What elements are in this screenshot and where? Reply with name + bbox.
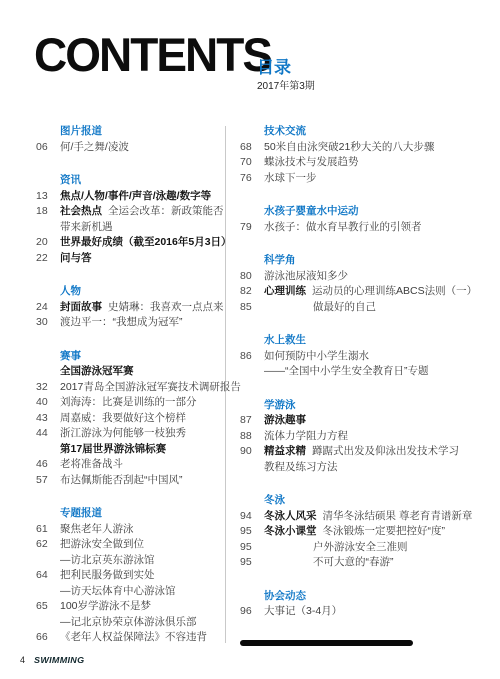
entry-page-number [36,220,60,236]
entry-page-number: 95 [240,555,264,571]
toc-entry: 88流体力学阻力方程 [240,429,464,445]
entry-label: 社会热点 [60,204,102,220]
section-title: 专题报道 [60,506,226,522]
entry-text: 游泳池尿液知多少 [264,269,348,285]
section-title: 资讯 [60,173,226,189]
toc-entry: 87游泳趣事 [240,413,464,429]
entry-page-number: 86 [240,349,264,365]
toc-entry: 86如何预防中小学生溺水 [240,349,464,365]
toc-entry: 96大事记（3-4月） [240,604,464,620]
entry-text: —访天坛体育中心游泳馆 [60,584,176,600]
entry-text: 世界最好成绩（截至2016年5月3日） [60,235,232,251]
section-title: 人物 [60,284,226,300]
entry-page-number: 13 [36,189,60,205]
toc-entry: 70蝶泳技术与发展趋势 [240,155,464,171]
entry-page-number: 94 [240,509,264,525]
entry-text: 何/手之舞/凌波 [60,140,129,156]
page-footer: 4 SWIMMING [20,655,84,665]
entry-text: 把利民服务做到实处 [60,568,155,584]
toc-section: 图片报道06何/手之舞/凌波 [36,124,226,155]
toc-entry: 65100岁学游泳不是梦 [36,599,226,615]
section-title: 学游泳 [264,398,464,414]
toc-entry: 06何/手之舞/凌波 [36,140,226,156]
entry-page-number: 20 [36,235,60,251]
entry-text: 水孩子：做水育早教行业的引领者 [264,220,422,236]
entry-label: 冬泳小课堂 [264,524,317,540]
entry-page-number [36,615,60,631]
entry-page-number: 95 [240,540,264,556]
toc-entry: ——“全国中小学生安全教育日”专题 [240,364,464,380]
entry-text: 布达佩斯能否刮起“中国风” [60,473,183,489]
entry-text: 《老年人权益保障法》不容违背 [60,630,207,646]
entry-text: ——“全国中小学生安全教育日”专题 [264,364,429,380]
toc-entry: 24封面故事史婧琳：我喜欢一点点来 [36,300,226,316]
entry-page-number: 57 [36,473,60,489]
toc-subheader: 全国游泳冠军赛 [36,364,226,380]
toc-entry: 30渡边平一：“我想成为冠军” [36,315,226,331]
subheader-text: 第17届世界游泳锦标赛 [60,442,166,458]
entry-page-number: 65 [36,599,60,615]
entry-text: 流体力学阻力方程 [264,429,348,445]
entry-page-number: 24 [36,300,60,316]
toc-section: 冬泳94冬泳人风采清华冬泳结硕果 尊老育青谱新章95冬泳小课堂冬泳锻炼一定要把控… [240,493,464,571]
subheader-text: 全国游泳冠军赛 [60,364,134,380]
toc-entry: 61聚焦老年人游泳 [36,522,226,538]
entry-text: 老将准备战斗 [60,457,123,473]
indent-spacer [264,300,313,316]
entry-page-number [36,584,60,600]
entry-text: 清华冬泳结硕果 尊老育青谱新章 [323,509,473,525]
entry-page-number: 18 [36,204,60,220]
entry-text: 问与答 [60,251,92,267]
toc-entry: 82心理训练运动员的心理训练ABCS法则（一） [240,284,464,300]
entry-page-number: 80 [240,269,264,285]
decor-bar [240,640,413,646]
toc-entry: 64把利民服务做到实处 [36,568,226,584]
entry-page-number: 79 [240,220,264,236]
entry-text: 如何预防中小学生溺水 [264,349,369,365]
toc-entry: 95冬泳小课堂冬泳锻炼一定要把控好“度” [240,524,464,540]
entry-page-number: 64 [36,568,60,584]
toc-right-column: 技术交流6850米自由泳突破21秒大关的八大步骤70蝶泳技术与发展趋势76水球下… [240,124,464,620]
entry-text: 50米自由泳突破21秒大关的八大步骤 [264,140,434,156]
entry-page-number: 06 [36,140,60,156]
toc-section: 赛事全国游泳冠军赛322017青岛全国游泳冠军赛技术调研报告40刘海涛：比赛是训… [36,349,226,489]
entry-text: 运动员的心理训练ABCS法则（一） [312,284,477,300]
entry-text: 全运会改革：新政策能否 [108,204,224,220]
toc-entry: 79水孩子：做水育早教行业的引领者 [240,220,464,236]
toc-section: 专题报道61聚焦老年人游泳62把游泳安全做到位—访北京英东游泳馆64把利民服务做… [36,506,226,646]
swimming-logo: SWIMMING [34,655,84,664]
contents-title-cn: 目录 [257,58,291,78]
entry-text: 蹲踞式出发及仰泳出发技术学习 [312,444,459,460]
entry-page-number: 32 [36,380,60,396]
toc-section: 水上救生86如何预防中小学生溺水——“全国中小学生安全教育日”专题 [240,333,464,380]
toc-entry: 带来新机遇 [36,220,226,236]
toc-left-column: 图片报道06何/手之舞/凌波资讯13焦点/人物/事件/声音/泳趣/数字等18社会… [36,124,226,646]
entry-page-number: 44 [36,426,60,442]
toc-section: 协会动态96大事记（3-4月） [240,589,464,620]
contents-title: CONTENTS [34,30,271,79]
entry-page-number: 87 [240,413,264,429]
toc-section: 技术交流6850米自由泳突破21秒大关的八大步骤70蝶泳技术与发展趋势76水球下… [240,124,464,186]
toc-entry: 85做最好的自己 [240,300,464,316]
entry-page-number: 88 [240,429,264,445]
entry-page-number: 95 [240,524,264,540]
toc-entry: 57布达佩斯能否刮起“中国风” [36,473,226,489]
toc-entry: 76水球下一步 [240,171,464,187]
entry-label: 冬泳人风采 [264,509,317,525]
entry-text: 焦点/人物/事件/声音/泳趣/数字等 [60,189,211,205]
entry-page-number: 22 [36,251,60,267]
section-title: 图片报道 [60,124,226,140]
entry-page-number: 76 [240,171,264,187]
entry-page-number [240,460,264,476]
entry-text: 带来新机遇 [60,220,113,236]
toc-section: 水孩子婴童水中运动79水孩子：做水育早教行业的引领者 [240,204,464,235]
entry-page-number: 68 [240,140,264,156]
entry-text: —访北京英东游泳馆 [60,553,155,569]
indent-spacer [264,540,313,556]
section-title: 协会动态 [264,589,464,605]
entry-text: 100岁学游泳不是梦 [60,599,151,615]
entry-page-number: 85 [240,300,264,316]
toc-entry: 18社会热点全运会改革：新政策能否 [36,204,226,220]
entry-label: 精益求精 [264,444,306,460]
entry-page-number: 66 [36,630,60,646]
entry-page-number: 46 [36,457,60,473]
entry-label: 封面故事 [60,300,102,316]
entry-text: 渡边平一：“我想成为冠军” [60,315,183,331]
toc-entry: 95户外游泳安全三准则 [240,540,464,556]
entry-text: 冬泳锻炼一定要把控好“度” [323,524,446,540]
entry-page-number: 61 [36,522,60,538]
entry-text: 2017青岛全国游泳冠军赛技术调研报告 [60,380,241,396]
toc-entry: 95不可大意的“春游” [240,555,464,571]
section-title: 赛事 [60,349,226,365]
toc-entry: 46老将准备战斗 [36,457,226,473]
toc-entry: 6850米自由泳突破21秒大关的八大步骤 [240,140,464,156]
magazine-toc-page: CONTENTS 目录 2017年第3期 图片报道06何/手之舞/凌波资讯13焦… [0,0,500,679]
toc-entry: 90精益求精蹲踞式出发及仰泳出发技术学习 [240,444,464,460]
entry-text: —记北京协荣京体游泳俱乐部 [60,615,197,631]
toc-entry: 44浙江游泳为何能够一枝独秀 [36,426,226,442]
entry-text: 浙江游泳为何能够一枝独秀 [60,426,186,442]
toc-entry: 43周嘉威：我要做好这个榜样 [36,411,226,427]
entry-page-number: 40 [36,395,60,411]
entry-text: 聚焦老年人游泳 [60,522,134,538]
entry-text: 户外游泳安全三准则 [313,540,408,556]
toc-entry: 40刘海涛：比赛是训练的一部分 [36,395,226,411]
entry-text: 做最好的自己 [313,300,376,316]
toc-section: 资讯13焦点/人物/事件/声音/泳趣/数字等18社会热点全运会改革：新政策能否带… [36,173,226,266]
toc-entry: 322017青岛全国游泳冠军赛技术调研报告 [36,380,226,396]
toc-section: 学游泳87游泳趣事88流体力学阻力方程90精益求精蹲踞式出发及仰泳出发技术学习教… [240,398,464,476]
toc-entry: 20世界最好成绩（截至2016年5月3日） [36,235,226,251]
section-title: 技术交流 [264,124,464,140]
entry-page-number: 82 [240,284,264,300]
toc-entry: 94冬泳人风采清华冬泳结硕果 尊老育青谱新章 [240,509,464,525]
entry-page-number [36,442,60,458]
toc-entry: 66《老年人权益保障法》不容违背 [36,630,226,646]
entry-text: 史婧琳：我喜欢一点点来 [108,300,224,316]
entry-text: 刘海涛：比赛是训练的一部分 [60,395,197,411]
toc-entry: 22问与答 [36,251,226,267]
entry-page-number: 43 [36,411,60,427]
entry-text: 教程及练习方法 [264,460,338,476]
entry-text: 大事记（3-4月） [264,604,342,620]
entry-page-number: 62 [36,537,60,553]
toc-section: 科学角80游泳池尿液知多少82心理训练运动员的心理训练ABCS法则（一）85做最… [240,253,464,315]
entry-text: 蝶泳技术与发展趋势 [264,155,359,171]
indent-spacer [264,555,313,571]
entry-text: 不可大意的“春游” [313,555,394,571]
entry-label: 心理训练 [264,284,306,300]
entry-page-number [240,364,264,380]
section-title: 科学角 [264,253,464,269]
issue-label: 2017年第3期 [257,80,315,93]
toc-section: 人物24封面故事史婧琳：我喜欢一点点来30渡边平一：“我想成为冠军” [36,284,226,331]
entry-page-number: 30 [36,315,60,331]
toc-entry: 62把游泳安全做到位 [36,537,226,553]
toc-entry: 教程及练习方法 [240,460,464,476]
toc-subheader: 第17届世界游泳锦标赛 [36,442,226,458]
entry-page-number: 90 [240,444,264,460]
entry-text: 水球下一步 [264,171,317,187]
entry-page-number [36,553,60,569]
entry-page-number: 70 [240,155,264,171]
entry-page-number [36,364,60,380]
entry-page-number: 96 [240,604,264,620]
toc-entry: —记北京协荣京体游泳俱乐部 [36,615,226,631]
section-title: 水孩子婴童水中运动 [264,204,464,220]
entry-text: 把游泳安全做到位 [60,537,144,553]
section-title: 水上救生 [264,333,464,349]
toc-entry: 80游泳池尿液知多少 [240,269,464,285]
folio-page-number: 4 [20,655,25,665]
entry-text: 周嘉威：我要做好这个榜样 [60,411,186,427]
toc-entry: —访天坛体育中心游泳馆 [36,584,226,600]
entry-text: 游泳趣事 [264,413,306,429]
section-title: 冬泳 [264,493,464,509]
toc-entry: 13焦点/人物/事件/声音/泳趣/数字等 [36,189,226,205]
toc-entry: —访北京英东游泳馆 [36,553,226,569]
